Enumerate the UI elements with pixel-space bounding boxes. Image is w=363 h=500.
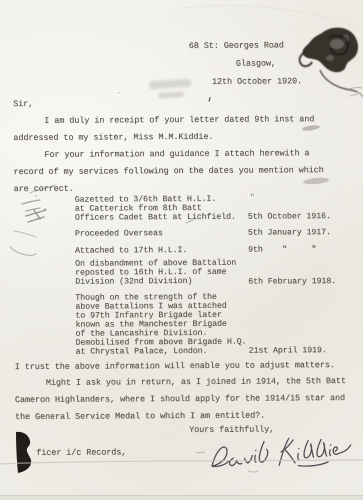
body-line: record of my services following on the d… bbox=[13, 166, 323, 177]
salutation: Sir, bbox=[13, 100, 33, 109]
body-line: I trust the above information will enabl… bbox=[15, 361, 335, 372]
body-line: Might I ask you in return, as I joined i… bbox=[46, 377, 346, 388]
scanned-letter-page: { "document_type": "scanned typewritten … bbox=[0, 0, 363, 500]
address-line-city: Glasgow, bbox=[236, 59, 276, 68]
record-line: at Chrystal Palace, London. bbox=[76, 347, 208, 357]
stray-mark: " bbox=[250, 194, 255, 203]
record-line: Division (32nd Division) bbox=[75, 277, 192, 287]
body-line: I am duly in receipt of your letter date… bbox=[44, 115, 314, 126]
record-date: 21st April 1919. bbox=[249, 346, 327, 355]
record-date: 9th " " bbox=[248, 245, 316, 254]
body-line: addressed to my sister, Miss M.M.Kiddie. bbox=[13, 133, 213, 143]
record-date: 5th January 1917. bbox=[248, 228, 331, 238]
record-line: Attached to 17th H.L.I. bbox=[75, 246, 187, 256]
record-date: 5th October 1916. bbox=[248, 212, 331, 222]
letter-content: 68 St: Georges Road Glasgow, 12th Octobe… bbox=[0, 0, 363, 500]
record-date: 6th February 1918. bbox=[248, 277, 336, 287]
footer-line: ficer i/c Records, bbox=[36, 448, 126, 458]
address-line-street: 68 St: Georges Road bbox=[189, 41, 284, 51]
record-line: Officers Cadet Batt at Lichfield. bbox=[75, 213, 236, 223]
body-line: For your information and guidance I atta… bbox=[44, 149, 309, 160]
record-line: reposted to 16th H.L.I. of same bbox=[75, 268, 226, 278]
closing: Yours faithfully, bbox=[189, 425, 274, 435]
body-line: Cameron Highlanders, where I should appl… bbox=[15, 394, 345, 405]
record-line: Proceeded Overseas bbox=[75, 229, 163, 239]
body-line: the General Service Medal to which I am … bbox=[15, 411, 265, 422]
body-line: are correct. bbox=[14, 185, 74, 194]
date-line: 12th October 1920. bbox=[212, 77, 302, 87]
